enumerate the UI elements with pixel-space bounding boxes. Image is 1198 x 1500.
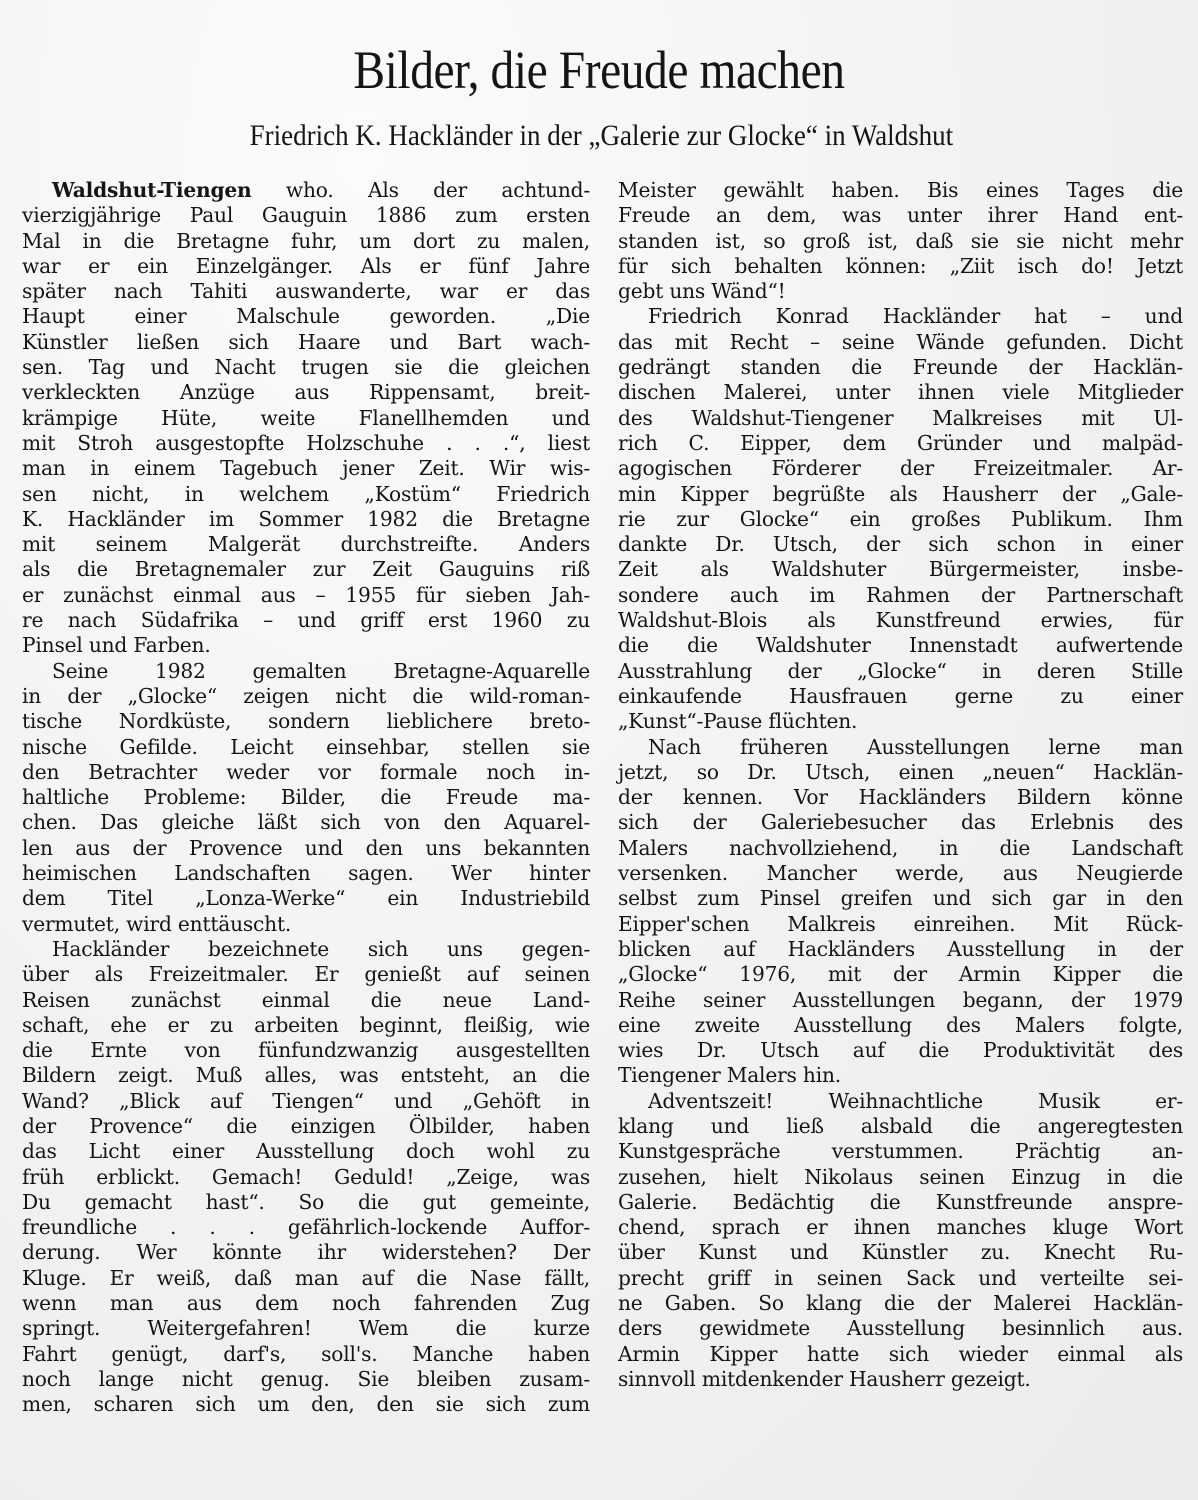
text-line: über als Freizeitmaler. Er genießt auf s…: [22, 962, 590, 987]
text-line: Fahrt genügt, darf's, soll's. Manche hab…: [22, 1342, 590, 1367]
text-line: Mal in die Bretagne fuhr, um dort zu mal…: [22, 229, 590, 254]
text-line: Armin Kipper hatte sich wieder einmal al…: [618, 1342, 1183, 1367]
text-line: Waldshut-Tiengen who. Als der achtund-: [22, 178, 590, 203]
text-line: die Ernte von fünfundzwanzig ausgestellt…: [22, 1038, 590, 1063]
text-line: klang und ließ alsbald die angeregtesten: [618, 1114, 1183, 1139]
text-line: len aus der Provence und den uns bekannt…: [22, 836, 590, 861]
text-line: selbst zum Pinsel greifen und sich gar i…: [618, 886, 1183, 911]
text-line: „Kunst“-Pause flüchten.: [618, 709, 1183, 734]
text-line: mit Stroh ausgestopfte Holzschuhe . . .“…: [22, 431, 590, 456]
newspaper-clipping: Bilder, die Freude machen Friedrich K. H…: [0, 0, 1198, 1500]
text-line: heimischen Landschaften sagen. Wer hinte…: [22, 861, 590, 886]
text-line: agogischen Förderer der Freizeitmaler. A…: [618, 456, 1183, 481]
text-line: Galerie. Bedächtig die Kunstfreunde ansp…: [618, 1190, 1183, 1215]
text-line: Haupt einer Malschule geworden. „Die: [22, 304, 590, 329]
text-line: ne Gaben. So klang die der Malerei Hackl…: [618, 1291, 1183, 1316]
text-line: tische Nordküste, sondern lieblichere br…: [22, 709, 590, 734]
text-line: Meister gewählt haben. Bis eines Tages d…: [618, 178, 1183, 203]
text-line: sich der Galeriebesucher das Erlebnis de…: [618, 810, 1183, 835]
text-line: Pinsel und Farben.: [22, 633, 590, 658]
text-line: min Kipper begrüßte als Hausherr der „Ga…: [618, 482, 1183, 507]
text-line: wies Dr. Utsch auf die Produktivität des: [618, 1038, 1183, 1063]
text-line: freundliche . . . gefährlich-lockende Au…: [22, 1215, 590, 1240]
text-line: Zeit als Waldshuter Bürgermeister, insbe…: [618, 557, 1183, 582]
text-line: sinnvoll mitdenkender Hausherr gezeigt.: [618, 1367, 1183, 1392]
text-line: dischen Malerei, unter ihnen viele Mitgl…: [618, 380, 1183, 405]
text-line: einkaufende Hausfrauen gerne zu einer: [618, 684, 1183, 709]
text-line: die die Waldshuter Innenstadt aufwertend…: [618, 633, 1183, 658]
headline: Bilder, die Freude machen: [72, 40, 1126, 100]
text-line: Freude an dem, was unter ihrer Hand ent-: [618, 203, 1183, 228]
text-line: K. Hackländer im Sommer 1982 die Bretagn…: [22, 507, 590, 532]
text-line: in der „Glocke“ zeigen nicht die wild-ro…: [22, 684, 590, 709]
text-line: haltliche Probleme: Bilder, die Freude m…: [22, 785, 590, 810]
text-line: Wand? „Blick auf Tiengen“ und „Gehöft in: [22, 1089, 590, 1114]
text-line: verkleckten Anzüge aus Rippensamt, breit…: [22, 380, 590, 405]
text-line: Kluge. Er weiß, daß man auf die Nase fäl…: [22, 1266, 590, 1291]
text-line: für sich behalten können: „Ziit isch do!…: [618, 254, 1183, 279]
text-line: chen. Das gleiche läßt sich von den Aqua…: [22, 810, 590, 835]
text-line: zusehen, hielt Nikolaus seinen Einzug in…: [618, 1165, 1183, 1190]
text-line: Waldshut-Blois als Kunstfreund erwies, f…: [618, 608, 1183, 633]
text-line: Nach früheren Ausstellungen lerne man: [618, 735, 1183, 760]
text-line: sondere auch im Rahmen der Partnerschaft: [618, 583, 1183, 608]
text-line: Reisen zunächst einmal die neue Land-: [22, 988, 590, 1013]
text-line: Künstler ließen sich Haare und Bart wach…: [22, 330, 590, 355]
text-line: sen nicht, in welchem „Kostüm“ Friedrich: [22, 482, 590, 507]
text-line: rich C. Eipper, dem Gründer und malpäd-: [618, 431, 1183, 456]
text-line: ders gewidmete Ausstellung besinnlich au…: [618, 1316, 1183, 1341]
text-line: dem Titel „Lonza-Werke“ ein Industriebil…: [22, 886, 590, 911]
text-line: blicken auf Hackländers Ausstellung in d…: [618, 937, 1183, 962]
text-line-content: who. Als der achtund-: [252, 178, 590, 202]
text-line: man in einem Tagebuch jener Zeit. Wir wi…: [22, 456, 590, 481]
text-line: versenken. Mancher werde, aus Neugierde: [618, 861, 1183, 886]
text-line: men, scharen sich um den, den sie sich z…: [22, 1392, 590, 1417]
text-line: dankte Dr. Utsch, der sich schon in eine…: [618, 532, 1183, 557]
text-line: gedrängt standen die Freunde der Hacklän…: [618, 355, 1183, 380]
text-line: Seine 1982 gemalten Bretagne-Aquarelle: [22, 659, 590, 684]
text-line: war er ein Einzelgänger. Als er fünf Jah…: [22, 254, 590, 279]
text-line: Eipper'schen Malkreis einreihen. Mit Rüc…: [618, 912, 1183, 937]
text-line: er zunächst einmal aus – 1955 für sieben…: [22, 583, 590, 608]
text-line: jetzt, so Dr. Utsch, einen „neuen“ Hackl…: [618, 760, 1183, 785]
text-line: standen ist, so groß ist, daß sie sie ni…: [618, 229, 1183, 254]
text-line: vierzigjährige Paul Gauguin 1886 zum ers…: [22, 203, 590, 228]
text-line: Ausstrahlung der „Glocke“ in deren Still…: [618, 659, 1183, 684]
text-line: Friedrich Konrad Hackländer hat – und: [618, 304, 1183, 329]
text-line: den Betrachter weder vor formale noch in…: [22, 760, 590, 785]
text-line: Tiengener Malers hin.: [618, 1063, 1183, 1088]
text-line: krämpige Hüte, weite Flanellhemden und: [22, 406, 590, 431]
text-line: wenn man aus dem noch fahrenden Zug: [22, 1291, 590, 1316]
text-line: Malers nachvollziehend, in die Landschaf…: [618, 836, 1183, 861]
text-line: Hackländer bezeichnete sich uns gegen-: [22, 937, 590, 962]
text-line: precht griff in seinen Sack und verteilt…: [618, 1266, 1183, 1291]
text-line: Du gemacht hast“. So die gut gemeinte,: [22, 1190, 590, 1215]
text-line: re nach Südafrika – und griff erst 1960 …: [22, 608, 590, 633]
dateline: Waldshut-Tiengen: [52, 178, 252, 202]
text-line: Adventszeit! Weihnachtliche Musik er-: [618, 1089, 1183, 1114]
text-line: das Licht einer Ausstellung doch wohl zu: [22, 1139, 590, 1164]
text-line: noch lange nicht genug. Sie bleiben zusa…: [22, 1367, 590, 1392]
text-line: sen. Tag und Nacht trugen sie die gleich…: [22, 355, 590, 380]
text-line: mit seinem Malgerät durchstreifte. Ander…: [22, 532, 590, 557]
text-line: rie zur Glocke“ ein großes Publikum. Ihm: [618, 507, 1183, 532]
text-line: „Glocke“ 1976, mit der Armin Kipper die: [618, 962, 1183, 987]
article-column-right: Meister gewählt haben. Bis eines Tages d…: [618, 178, 1183, 1392]
article-column-left: Waldshut-Tiengen who. Als der achtund-vi…: [22, 178, 590, 1418]
text-line: vermutet, wird enttäuscht.: [22, 912, 590, 937]
text-line: der Provence“ die einzigen Ölbilder, hab…: [22, 1114, 590, 1139]
subheadline: Friedrich K. Hackländer in der „Galerie …: [62, 118, 1140, 154]
text-line: eine zweite Ausstellung des Malers folgt…: [618, 1013, 1183, 1038]
text-line: Reihe seiner Ausstellungen begann, der 1…: [618, 988, 1183, 1013]
text-line: chend, sprach er ihnen manches kluge Wor…: [618, 1215, 1183, 1240]
text-line: des Waldshut-Tiengener Malkreises mit Ul…: [618, 406, 1183, 431]
text-line: über Kunst und Künstler zu. Knecht Ru-: [618, 1240, 1183, 1265]
text-line: gebt uns Wänd“!: [618, 279, 1183, 304]
text-line: springt. Weitergefahren! Wem die kurze: [22, 1316, 590, 1341]
text-line: derung. Wer könnte ihr widerstehen? Der: [22, 1240, 590, 1265]
text-line: später nach Tahiti auswanderte, war er d…: [22, 279, 590, 304]
text-line: das mit Recht – seine Wände gefunden. Di…: [618, 330, 1183, 355]
text-line: Bildern zeigt. Muß alles, was entsteht, …: [22, 1063, 590, 1088]
text-line: nische Gefilde. Leicht einsehbar, stelle…: [22, 735, 590, 760]
text-line: der kennen. Vor Hackländers Bildern könn…: [618, 785, 1183, 810]
text-line: Kunstgespräche verstummen. Prächtig an-: [618, 1139, 1183, 1164]
text-line: früh erblickt. Gemach! Geduld! „Zeige, w…: [22, 1165, 590, 1190]
text-line: als die Bretagnemaler zur Zeit Gauguins …: [22, 557, 590, 582]
text-line: schaft, ehe er zu arbeiten beginnt, flei…: [22, 1013, 590, 1038]
